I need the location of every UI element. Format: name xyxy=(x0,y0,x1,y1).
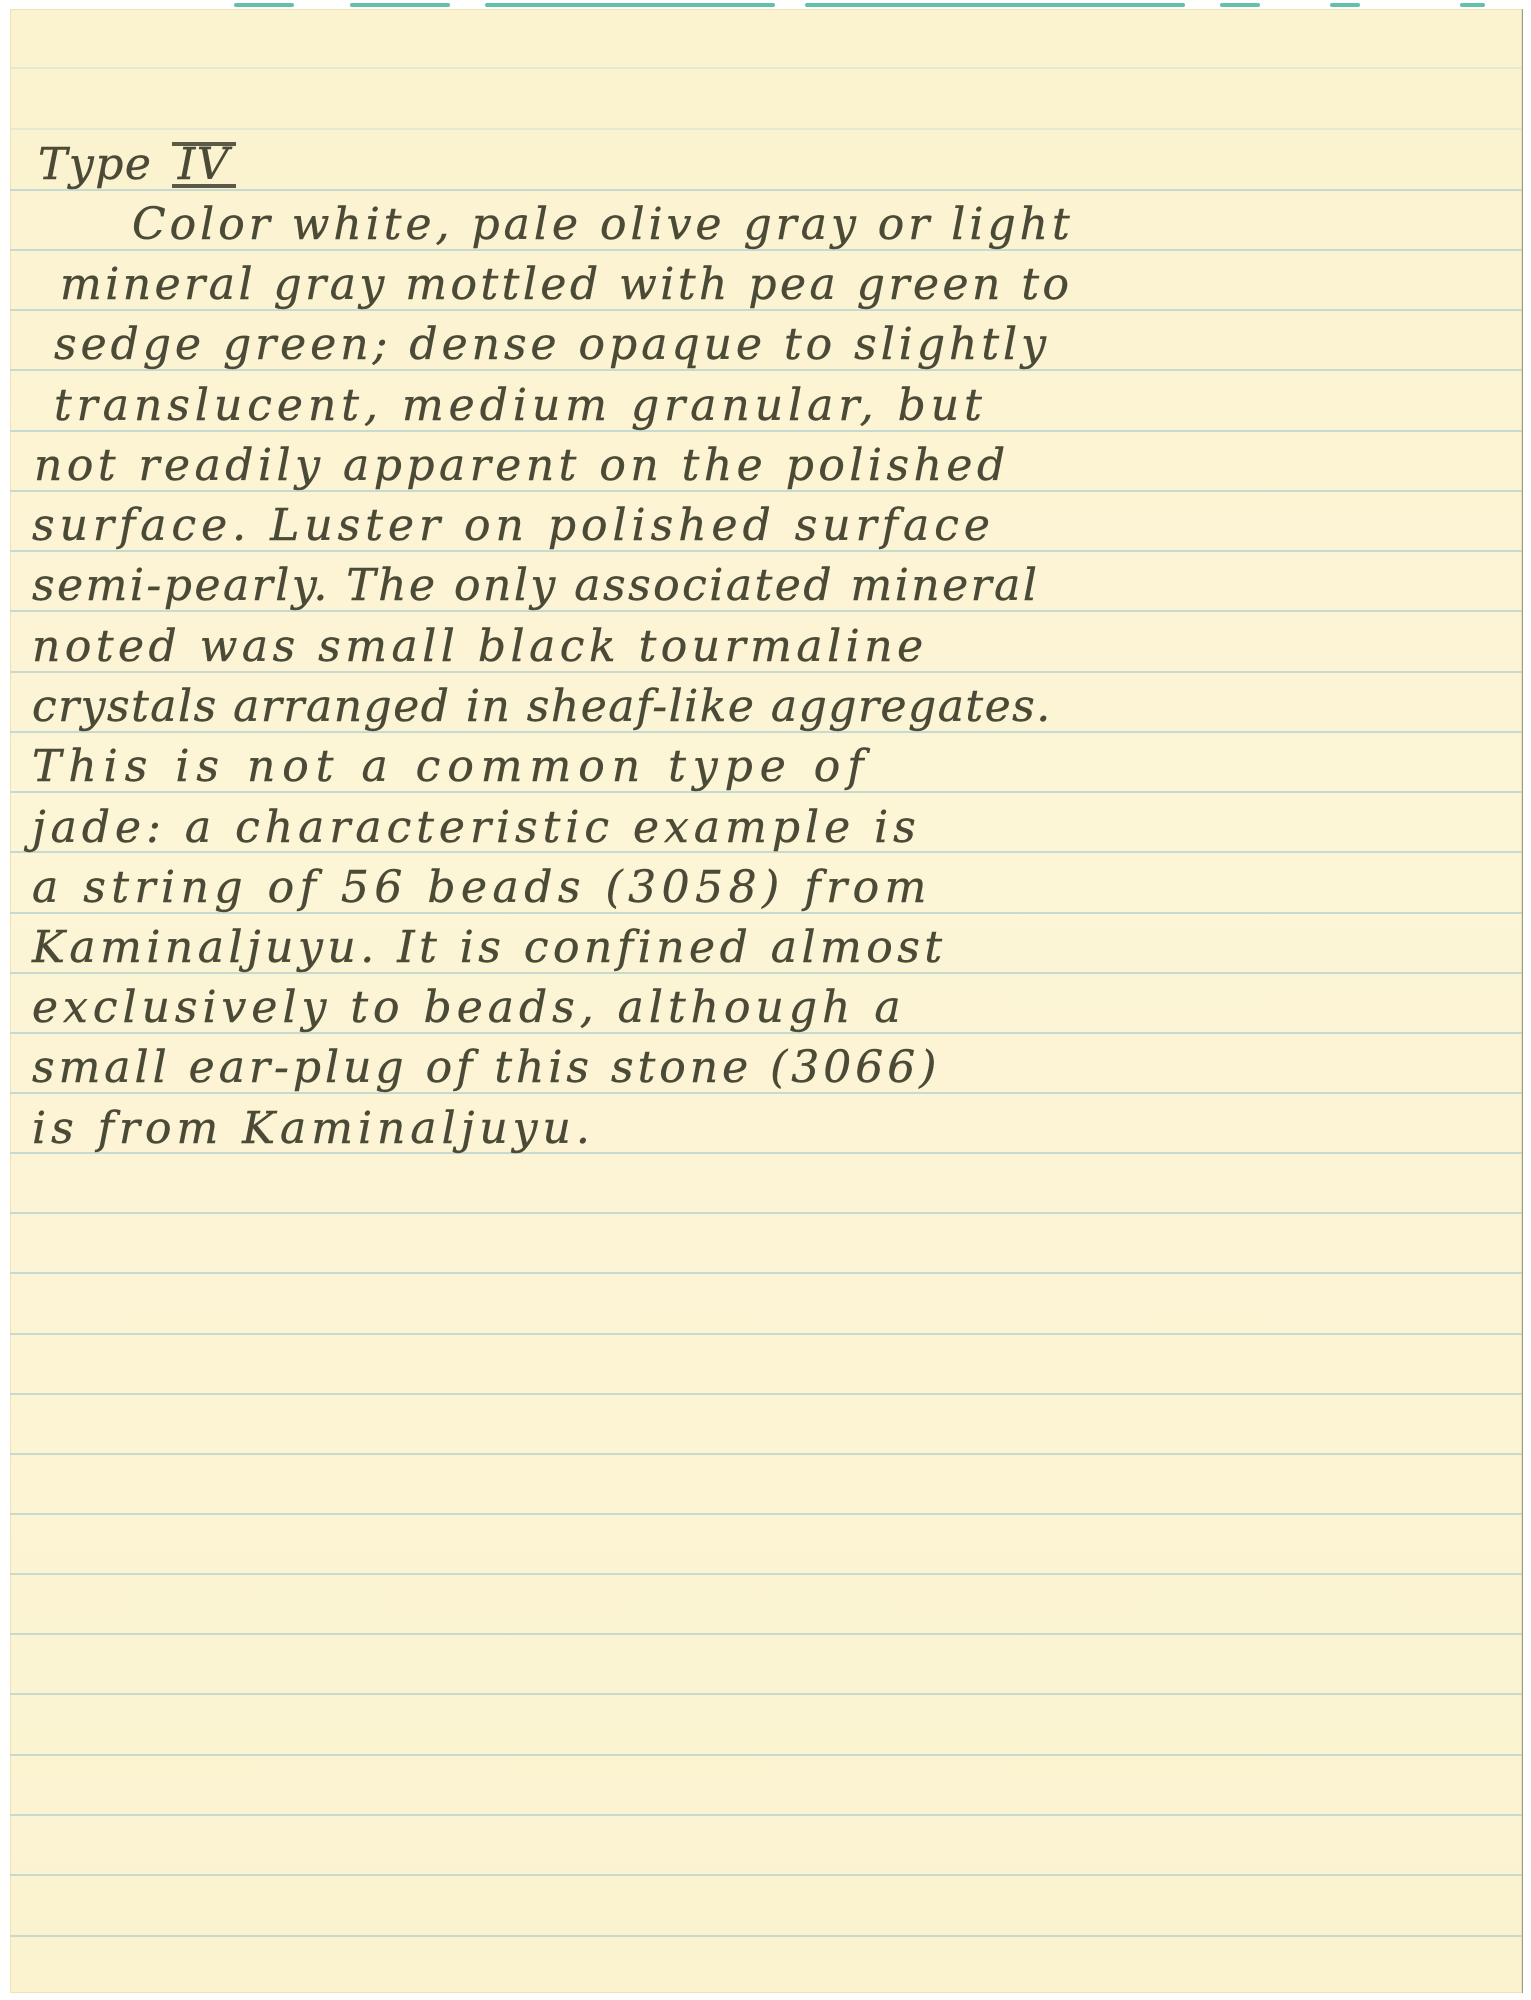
ruled-line xyxy=(10,1513,1522,1515)
ruled-line xyxy=(10,1212,1522,1214)
lined-paper-sheet: Type IV Color white, pale olive gray or … xyxy=(10,9,1522,1993)
handwritten-line-9: crystals arranged in sheaf-like aggregat… xyxy=(32,677,1052,737)
ruled-line xyxy=(10,189,1522,191)
handwritten-line-14: exclusively to beads, although a xyxy=(32,978,906,1038)
ruled-line xyxy=(10,1573,1522,1575)
ruled-line xyxy=(10,1453,1522,1455)
handwritten-line-2: mineral gray mottled with pea green to xyxy=(60,255,1073,315)
handwritten-line-13: Kaminaljuyu. It is confined almost xyxy=(32,918,947,978)
ruled-line xyxy=(10,1693,1522,1695)
ruled-line xyxy=(10,1874,1522,1876)
handwritten-line-16: is from Kaminaljuyu. xyxy=(32,1099,595,1159)
handwritten-line-3: sedge green; dense opaque to slightly xyxy=(54,315,1050,375)
ruled-line xyxy=(10,1333,1522,1335)
handwritten-line-4: translucent, medium granular, but xyxy=(54,376,987,436)
ruled-line xyxy=(10,1633,1522,1635)
ruled-line xyxy=(10,1814,1522,1816)
handwritten-line-1: Color white, pale olive gray or light xyxy=(132,195,1074,255)
handwritten-line-7: semi-pearly. The only associated mineral xyxy=(32,556,1039,616)
ruled-line xyxy=(10,1935,1522,1937)
handwritten-line-12: a string of 56 beads (3058) from xyxy=(32,858,932,918)
handwritten-line-11: jade: a characteristic example is xyxy=(32,798,921,858)
handwritten-line-8: noted was small black tourmaline xyxy=(32,617,928,677)
heading-label: Type xyxy=(38,139,152,190)
heading-numeral: IV xyxy=(172,142,236,188)
ruled-line xyxy=(10,67,1522,69)
ruled-line xyxy=(10,128,1522,130)
handwritten-line-6: surface. Luster on polished surface xyxy=(32,496,995,556)
ruled-line xyxy=(10,1272,1522,1274)
handwritten-line-10: This is not a common type of xyxy=(32,737,871,797)
ruled-line xyxy=(10,1393,1522,1395)
handwritten-heading: Type IV xyxy=(38,135,236,195)
handwritten-line-5: not readily apparent on the polished xyxy=(34,436,1010,496)
handwritten-line-15: small ear-plug of this stone (3066) xyxy=(32,1038,940,1098)
ruled-line xyxy=(10,1754,1522,1756)
